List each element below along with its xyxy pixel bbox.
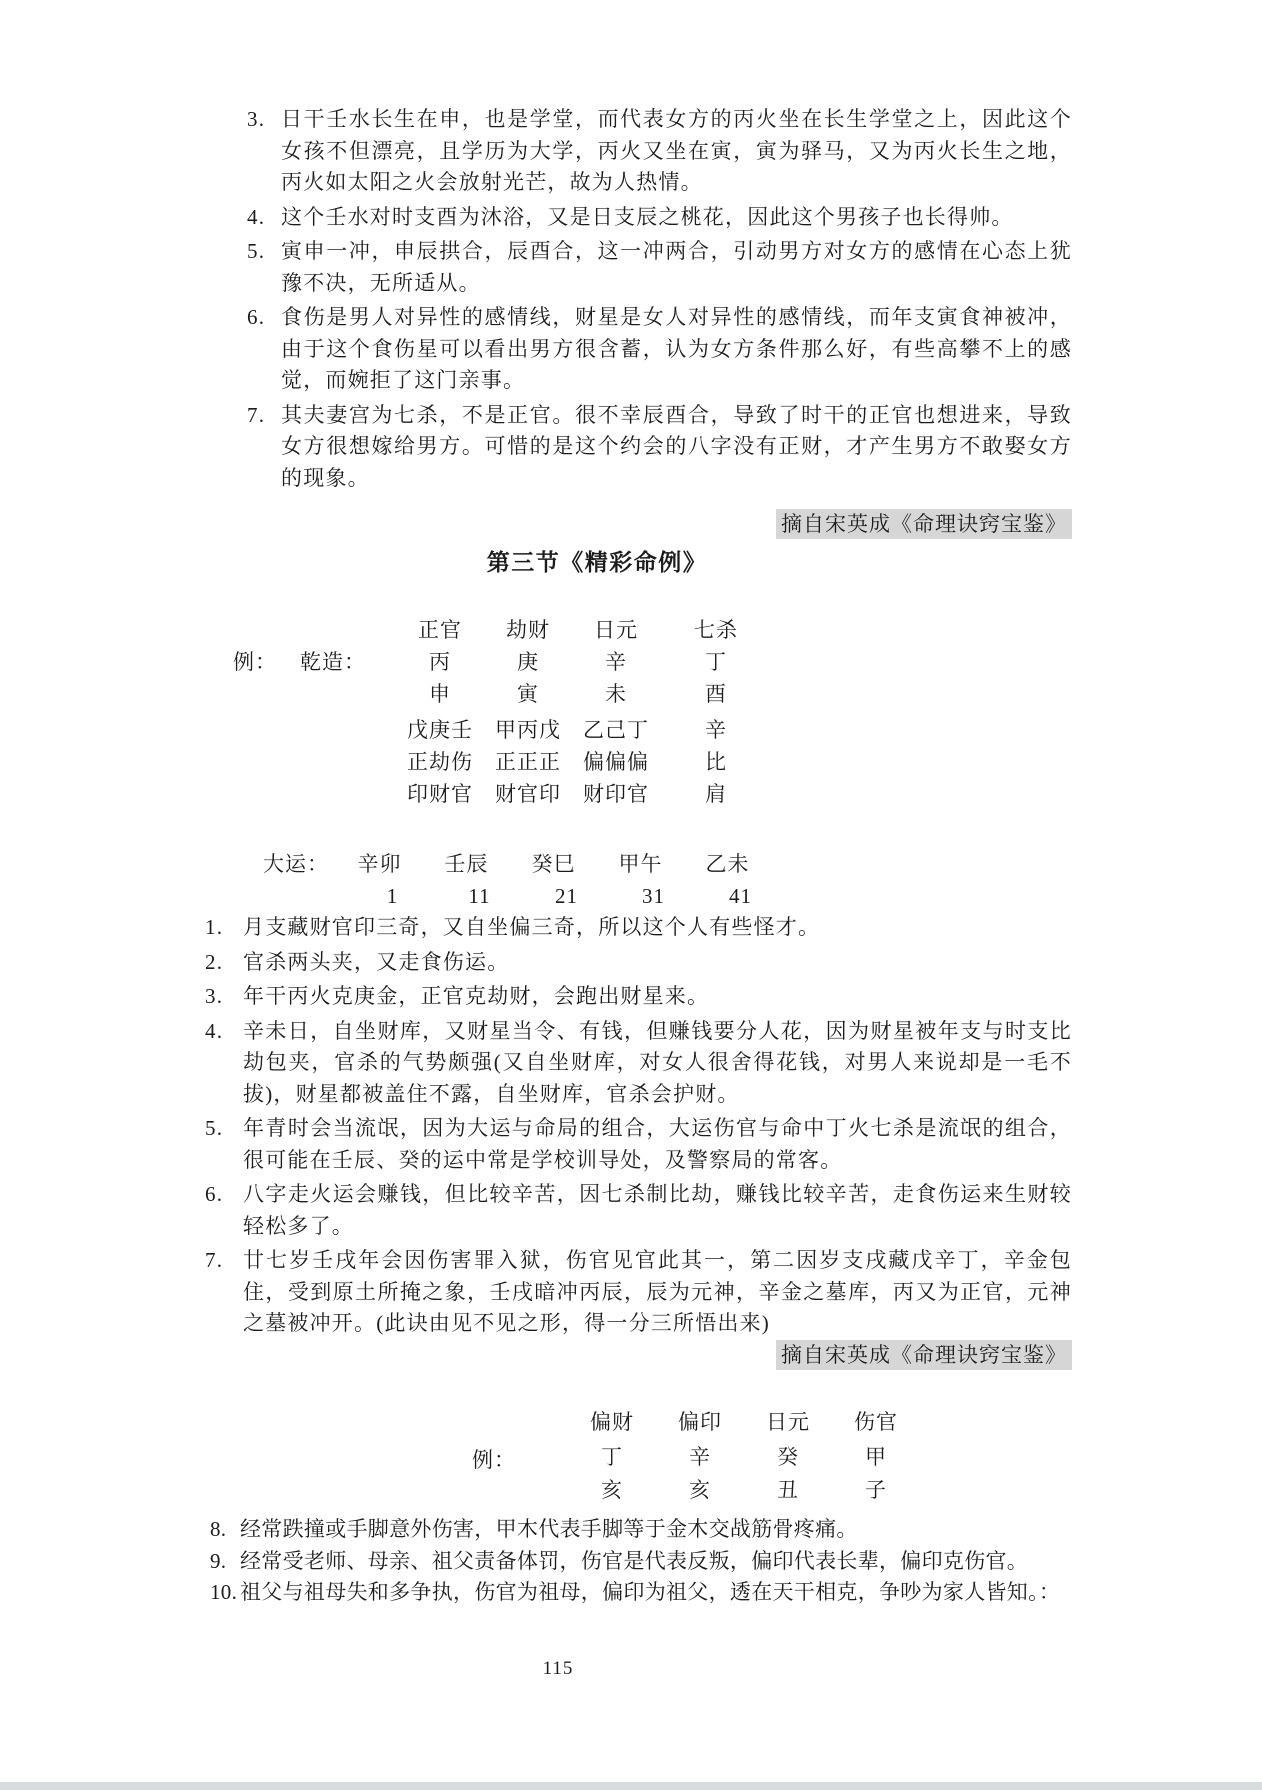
month-pillar: 偏印 辛 亥 — [656, 1406, 744, 1510]
list-item-text: 日干壬水长生在申，也是学堂，而代表女方的丙火坐在长生学堂之上，因此这个女孩不但漂… — [281, 104, 1072, 199]
dayun-start-age: 41 — [684, 880, 771, 912]
earthly-branch: 子 — [832, 1474, 920, 1506]
heavenly-stem: 癸 — [744, 1441, 832, 1474]
numbered-list-c: 8. 经常跌撞或手脚意外伤害，甲木代表手脚等于金木交战筋骨疼痛。 9. 经常受老… — [210, 1514, 1072, 1609]
ten-god-label: 日元 — [572, 614, 660, 646]
dayun-pillar: 癸巳 21 — [510, 848, 597, 912]
hidden-gods-line2: 财印官 — [572, 778, 660, 810]
list-item-number: 6. — [247, 302, 281, 397]
list-item-number: 9. — [210, 1546, 240, 1578]
dayun-pillar: 甲午 31 — [597, 848, 684, 912]
bazi-chart-2: 偏财 丁 亥 偏印 辛 亥 日元 癸 丑 伤官 甲 子 — [568, 1406, 920, 1510]
hidden-stems: 戊庚壬 — [396, 714, 484, 746]
list-item-text: 年干丙火克庚金，正官克劫财，会跑出财星来。 — [243, 981, 1072, 1013]
dayun-pillar: 辛卯 1 — [336, 848, 423, 912]
ten-god-label: 七杀 — [672, 614, 760, 646]
list-item-number: 3. — [247, 104, 281, 199]
list-item-number: 10. — [210, 1577, 240, 1609]
dayun-pillar-name: 壬辰 — [423, 848, 510, 880]
list-item-text: 祖父与祖母失和多争执，伤官为祖母，偏印为祖父，透在天干相克，争吵为家人皆知。： — [240, 1577, 1072, 1609]
earthly-branch: 亥 — [568, 1474, 656, 1506]
hidden-gods-line2: 财官印 — [484, 778, 572, 810]
dayun-start-age: 31 — [597, 880, 684, 912]
list-item: 7. 其夫妻宫为七杀，不是正官。很不幸辰酉合，导致了时干的正官也想进来，导致女方… — [247, 400, 1072, 495]
list-item: 8. 经常跌撞或手脚意外伤害，甲木代表手脚等于金木交战筋骨疼痛。 — [210, 1514, 1072, 1546]
heavenly-stem: 丙 — [396, 646, 484, 678]
list-item-number: 5. — [205, 1113, 243, 1176]
list-item-text: 寅申一冲，申辰拱合，辰酉合，这一冲两合，引动男方对女方的感情在心态上犹豫不决，无… — [281, 236, 1072, 299]
list-item: 2. 官杀两头夹，又走食伤运。 — [205, 947, 1072, 979]
hidden-gods-line1: 正正正 — [484, 746, 572, 778]
heavenly-stem: 丁 — [672, 646, 760, 678]
example-label: 例： — [472, 1444, 516, 1476]
ten-god-label: 伤官 — [832, 1406, 920, 1441]
dayun-start-age: 21 — [510, 880, 597, 912]
hidden-stems: 乙己丁 — [572, 714, 660, 746]
dayun-pillar: 乙未 41 — [684, 848, 771, 912]
list-item: 6. 食伤是男人对异性的感情线，财星是女人对异性的感情线，而年支寅食神被冲，由于… — [247, 302, 1072, 397]
hidden-gods-line1: 比 — [672, 746, 760, 778]
list-item: 5. 寅申一冲，申辰拱合，辰酉合，这一冲两合，引动男方对女方的感情在心态上犹豫不… — [247, 236, 1072, 299]
hidden-stems: 甲丙戊 — [484, 714, 572, 746]
numbered-list-a: 3. 日干壬水长生在申，也是学堂，而代表女方的丙火坐在长生学堂之上，因此这个女孩… — [247, 104, 1072, 497]
dayun-pillar-name: 癸巳 — [510, 848, 597, 880]
list-item-number: 5. — [247, 236, 281, 299]
list-item-text: 年青时会当流氓，因为大运与命局的组合，大运伤官与命中丁火七杀是流氓的组合，很可能… — [243, 1113, 1072, 1176]
earthly-branch: 申 — [396, 678, 484, 710]
list-item-number: 4. — [247, 202, 281, 234]
list-item-text: 辛未日，自坐财库，又财星当令、有钱，但赚钱要分人花，因为财星被年支与时支比劫包夹… — [243, 1016, 1072, 1111]
list-item-text: 食伤是男人对异性的感情线，财星是女人对异性的感情线，而年支寅食神被冲，由于这个食… — [281, 302, 1072, 397]
list-item-text: 这个壬水对时支酉为沐浴，又是日支辰之桃花，因此这个男孩子也长得帅。 — [281, 202, 1072, 234]
scan-edge-bar — [0, 1782, 1262, 1790]
earthly-branch: 亥 — [656, 1474, 744, 1506]
list-item-text: 廿七岁壬戌年会因伤害罪入狱，伤官见官此其一，第二因岁支戌藏戊辛丁，辛金包住，受到… — [243, 1245, 1072, 1340]
ten-god-label: 正官 — [396, 614, 484, 646]
list-item-number: 7. — [247, 400, 281, 495]
list-item-text: 官杀两头夹，又走食伤运。 — [243, 947, 1072, 979]
list-item-text: 月支藏财官印三奇，又自坐偏三奇，所以这个人有些怪才。 — [243, 912, 1072, 944]
heavenly-stem: 甲 — [832, 1441, 920, 1474]
dayun-pillar: 壬辰 11 — [423, 848, 510, 912]
document-page: 3. 日干壬水长生在申，也是学堂，而代表女方的丙火坐在长生学堂之上，因此这个女孩… — [0, 0, 1262, 1790]
hour-pillar: 七杀 丁 酉 辛 比 肩 — [672, 614, 760, 810]
list-item: 6. 八字走火运会赚钱，但比较辛苦，因七杀制比劫，赚钱比较辛苦，走食伤运来生财较… — [205, 1179, 1072, 1242]
hour-pillar: 伤官 甲 子 — [832, 1406, 920, 1510]
numbered-list-b: 1. 月支藏财官印三奇，又自坐偏三奇，所以这个人有些怪才。 2. 官杀两头夹，又… — [205, 912, 1072, 1343]
dayun-row: 辛卯 1 壬辰 11 癸巳 21 甲午 31 乙未 41 — [336, 848, 771, 912]
ten-god-label: 偏印 — [656, 1406, 744, 1441]
dayun-pillar-name: 乙未 — [684, 848, 771, 880]
list-item: 3. 年干丙火克庚金，正官克劫财，会跑出财星来。 — [205, 981, 1072, 1013]
list-item-number: 6. — [205, 1179, 243, 1242]
dayun-start-age: 11 — [423, 880, 510, 912]
year-pillar: 偏财 丁 亥 — [568, 1406, 656, 1510]
list-item-text: 八字走火运会赚钱，但比较辛苦，因七杀制比劫，赚钱比较辛苦，走食伤运来生财较轻松多… — [243, 1179, 1072, 1242]
bazi-chart-1: 正官 丙 申 戊庚壬 正劫伤 印财官 劫财 庚 寅 甲丙戊 正正正 财官印 日元… — [396, 614, 760, 810]
source-citation: 摘自宋英成《命理诀窍宝鉴》 — [776, 509, 1072, 539]
list-item: 3. 日干壬水长生在申，也是学堂，而代表女方的丙火坐在长生学堂之上，因此这个女孩… — [247, 104, 1072, 199]
earthly-branch: 丑 — [744, 1474, 832, 1506]
day-pillar: 日元 癸 丑 — [744, 1406, 832, 1510]
dayun-pillar-name: 甲午 — [597, 848, 684, 880]
list-item-text: 其夫妻宫为七杀，不是正官。很不幸辰酉合，导致了时干的正官也想进来，导致女方很想嫁… — [281, 400, 1072, 495]
heavenly-stem: 丁 — [568, 1441, 656, 1474]
heavenly-stem: 辛 — [572, 646, 660, 678]
earthly-branch: 寅 — [484, 678, 572, 710]
list-item-number: 4. — [205, 1016, 243, 1111]
page-number: 115 — [0, 1658, 1116, 1680]
list-item: 10. 祖父与祖母失和多争执，伤官为祖母，偏印为祖父，透在天干相克，争吵为家人皆… — [210, 1577, 1072, 1609]
hidden-gods-line1: 正劫伤 — [396, 746, 484, 778]
list-item-text: 经常受老师、母亲、祖父责备体罚，伤官是代表反叛，偏印代表长辈，偏印克伤官。 — [240, 1546, 1072, 1578]
hidden-gods-line2: 肩 — [672, 778, 760, 810]
list-item: 5. 年青时会当流氓，因为大运与命局的组合，大运伤官与命中丁火七杀是流氓的组合，… — [205, 1113, 1072, 1176]
ten-god-label: 日元 — [744, 1406, 832, 1441]
dayun-label: 大运： — [263, 848, 329, 880]
list-item-number: 1. — [205, 912, 243, 944]
day-pillar: 日元 辛 未 乙己丁 偏偏偏 财印官 — [572, 614, 660, 810]
hidden-gods-line1: 偏偏偏 — [572, 746, 660, 778]
ten-god-label: 劫财 — [484, 614, 572, 646]
month-pillar: 劫财 庚 寅 甲丙戊 正正正 财官印 — [484, 614, 572, 810]
heavenly-stem: 辛 — [656, 1441, 744, 1474]
section-title: 第三节《精彩命例》 — [0, 544, 1194, 577]
list-item-number: 3. — [205, 981, 243, 1013]
ten-god-label: 偏财 — [568, 1406, 656, 1441]
heavenly-stem: 庚 — [484, 646, 572, 678]
earthly-branch: 酉 — [672, 678, 760, 710]
hidden-gods-line2: 印财官 — [396, 778, 484, 810]
gender-label: 乾造： — [300, 646, 366, 678]
year-pillar: 正官 丙 申 戊庚壬 正劫伤 印财官 — [396, 614, 484, 810]
list-item-text: 经常跌撞或手脚意外伤害，甲木代表手脚等于金木交战筋骨疼痛。 — [240, 1514, 1072, 1546]
list-item: 4. 这个壬水对时支酉为沐浴，又是日支辰之桃花，因此这个男孩子也长得帅。 — [247, 202, 1072, 234]
example-label: 例： — [233, 646, 277, 678]
list-item: 4. 辛未日，自坐财库，又财星当令、有钱，但赚钱要分人花，因为财星被年支与时支比… — [205, 1016, 1072, 1111]
list-item-number: 2. — [205, 947, 243, 979]
hidden-stems: 辛 — [672, 714, 760, 746]
list-item: 7. 廿七岁壬戌年会因伤害罪入狱，伤官见官此其一，第二因岁支戌藏戊辛丁，辛金包住… — [205, 1245, 1072, 1340]
source-citation: 摘自宋英成《命理诀窍宝鉴》 — [776, 1340, 1072, 1370]
list-item: 9. 经常受老师、母亲、祖父责备体罚，伤官是代表反叛，偏印代表长辈，偏印克伤官。 — [210, 1546, 1072, 1578]
list-item-number: 8. — [210, 1514, 240, 1546]
dayun-start-age: 1 — [336, 880, 423, 912]
earthly-branch: 未 — [572, 678, 660, 710]
list-item-number: 7. — [205, 1245, 243, 1340]
list-item: 1. 月支藏财官印三奇，又自坐偏三奇，所以这个人有些怪才。 — [205, 912, 1072, 944]
dayun-pillar-name: 辛卯 — [336, 848, 423, 880]
